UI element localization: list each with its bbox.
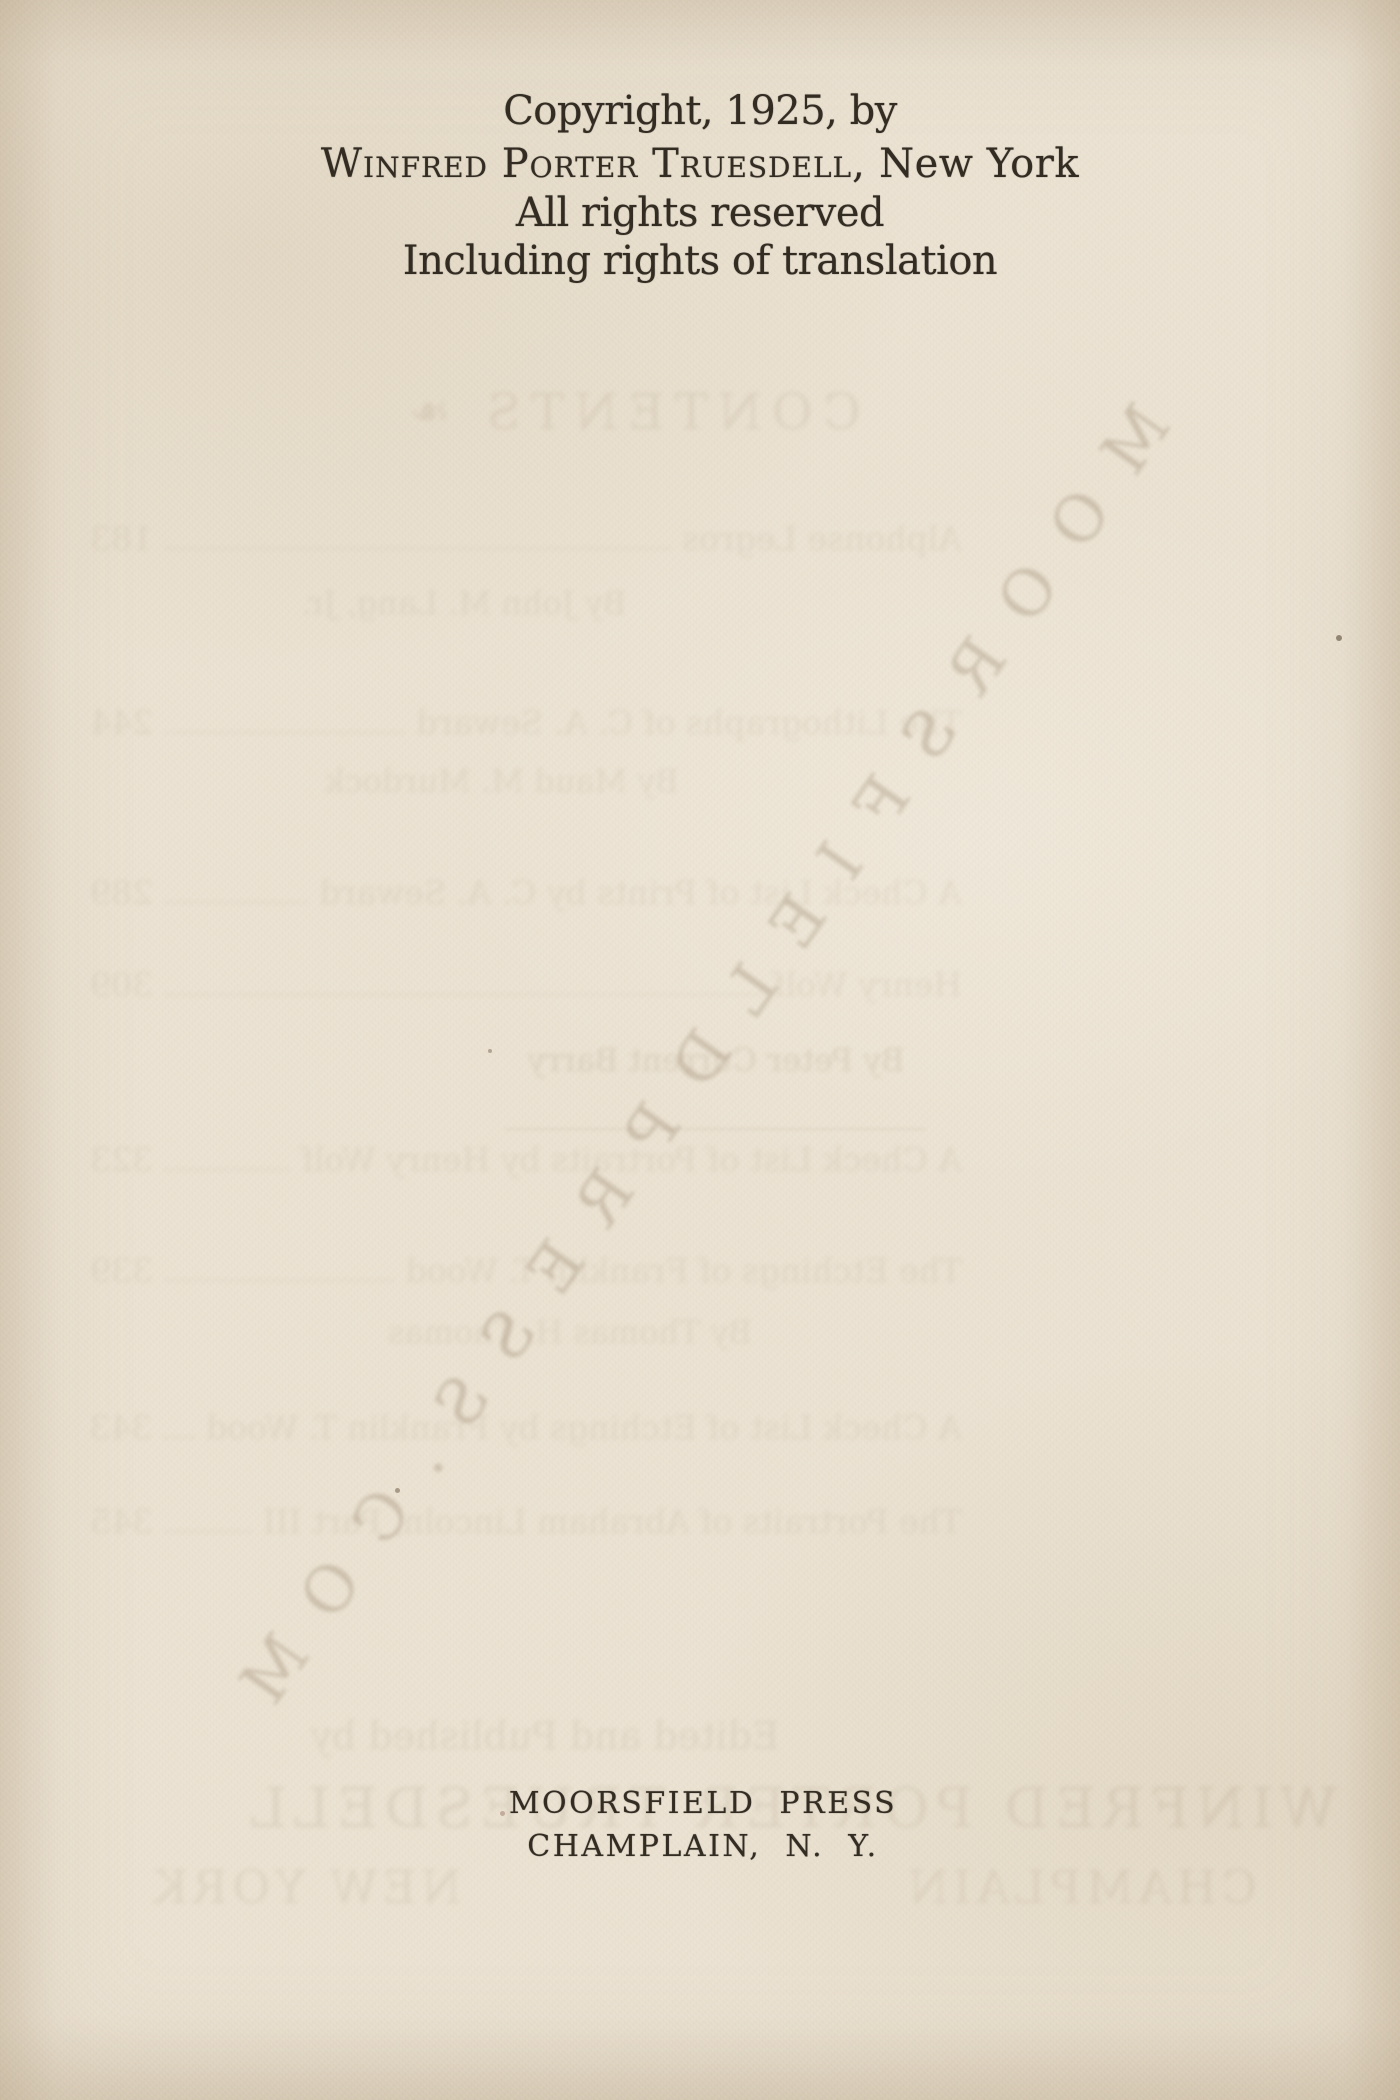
copyright-holder-place: New York bbox=[866, 141, 1079, 187]
ghost-rule bbox=[505, 1128, 926, 1130]
ghost-entry-title: A Check List of Prints by C. A. Seward bbox=[319, 873, 962, 912]
ink-speck bbox=[395, 1488, 400, 1493]
ghost-entry-title: The Portraits of Abraham Lincoln, Part I… bbox=[263, 1502, 962, 1541]
ghost-contents-entry: A Check List of Etchings by Franklin T. … bbox=[90, 1408, 962, 1447]
imprint-block: MOORSFIELD PRESS CHAMPLAIN, N. Y. bbox=[509, 1782, 897, 1868]
imprint-press-name: MOORSFIELD PRESS bbox=[509, 1782, 897, 1825]
ghost-entry-page: 339 bbox=[90, 1251, 153, 1290]
ink-speck bbox=[1336, 635, 1342, 641]
ghost-byline: By Thomas H. Thomas bbox=[388, 1313, 752, 1351]
ghost-entry-page: 183 bbox=[90, 519, 153, 558]
ghost-dot-leader bbox=[164, 1436, 194, 1439]
ghost-place-new-york: NEW YORK bbox=[149, 1860, 462, 1914]
copyright-line-3: All rights reserved bbox=[150, 190, 1250, 237]
ghost-entry-title: The Etchings of Franklin T. Wood bbox=[406, 1251, 962, 1290]
ghost-entry-page: 309 bbox=[90, 965, 153, 1004]
ghost-dot-leader bbox=[165, 993, 761, 996]
copyright-line-2: Winfred Porter Truesdell, New York bbox=[150, 141, 1250, 188]
ghost-entry-title: A Check List of Portraits by Henry Wolf bbox=[301, 1140, 962, 1179]
ghost-contents-entry: Alphonse Legros 183 bbox=[90, 519, 962, 558]
ghost-entry-title: Henry Wolf bbox=[773, 965, 962, 1004]
ghost-byline: By John M. Lang, Jr. bbox=[302, 584, 627, 622]
ghost-dot-leader bbox=[165, 1530, 251, 1533]
copyright-line-4: Including rights of translation bbox=[150, 238, 1250, 285]
ghost-byline: By Maud M. Murdock bbox=[325, 762, 679, 800]
ink-speck bbox=[488, 1049, 492, 1053]
ghost-entry-page: 289 bbox=[90, 873, 153, 912]
ghost-entry-page: 343 bbox=[89, 1408, 152, 1447]
ghost-entry-title: Alphonse Legros bbox=[682, 519, 962, 558]
book-page-scan: MOORSFIELDPRESS.COM CONTENTS ❧ Alphonse … bbox=[0, 0, 1400, 2100]
ghost-dot-leader bbox=[165, 547, 670, 550]
ghost-dot-leader bbox=[165, 1168, 289, 1171]
ghost-contents-entry: The Etchings of Franklin T. Wood 339 bbox=[90, 1251, 962, 1290]
copyright-holder-name: Winfred Porter Truesdell, bbox=[321, 141, 866, 187]
ghost-entry-title: A Check List of Etchings by Franklin T. … bbox=[206, 1408, 962, 1447]
ghost-contents-entry: The Lithographs of C. A. Seward 244 bbox=[90, 703, 962, 742]
copyright-block: Copyright, 1925, by Winfred Porter Trues… bbox=[150, 88, 1250, 285]
ghost-contents-entry: A Check List of Prints by C. A. Seward 2… bbox=[90, 873, 962, 912]
ghost-entry-title: The Lithographs of C. A. Seward bbox=[416, 703, 962, 742]
ghost-dot-leader bbox=[165, 1279, 394, 1282]
ghost-entry-page: 244 bbox=[90, 703, 153, 742]
ghost-entry-page: 323 bbox=[90, 1140, 153, 1179]
imprint-press-location: CHAMPLAIN, N. Y. bbox=[509, 1825, 897, 1868]
ghost-contents-entry: A Check List of Portraits by Henry Wolf … bbox=[90, 1140, 962, 1179]
ghost-publisher-line: Edited and Published by bbox=[310, 1714, 779, 1758]
ghost-contents-entry: The Portraits of Abraham Lincoln, Part I… bbox=[90, 1502, 962, 1541]
ghost-dot-leader bbox=[165, 901, 307, 904]
copyright-line-1: Copyright, 1925, by bbox=[150, 88, 1250, 135]
ghost-contents-heading: CONTENTS ❧ bbox=[399, 383, 861, 441]
ghost-dot-leader bbox=[165, 731, 404, 734]
ink-speck bbox=[500, 1811, 505, 1816]
ghost-contents-entry: Henry Wolf 309 bbox=[90, 965, 962, 1004]
ghost-byline: By Peter Current Barry bbox=[527, 1041, 905, 1079]
ghost-place-champlain: CHAMPLAIN bbox=[903, 1860, 1257, 1914]
ghost-entry-page: 345 bbox=[90, 1502, 153, 1541]
